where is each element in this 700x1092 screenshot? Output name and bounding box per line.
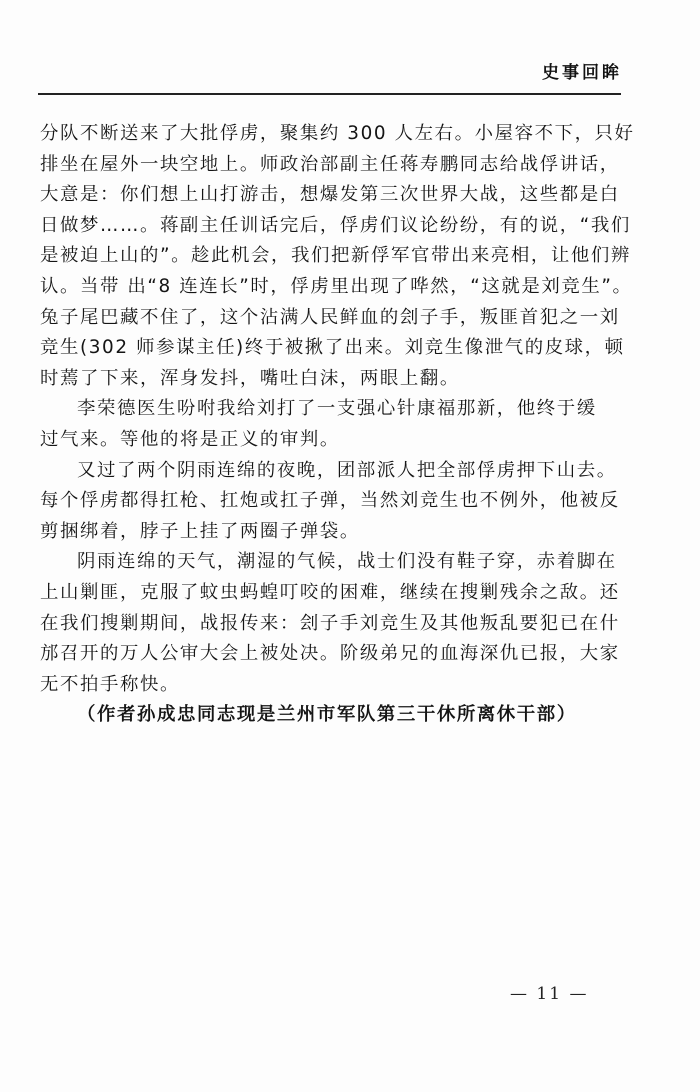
text-line: 阴雨连绵的天气，潮湿的气候，战士们没有鞋子穿，赤着脚在 xyxy=(40,547,622,578)
book-page: 史事回眸 分队不断送来了大批俘虏，聚集约 300 人左右。小屋容不下，只好 排坐… xyxy=(0,0,700,1092)
text-line: 分队不断送来了大批俘虏，聚集约 300 人左右。小屋容不下，只好 xyxy=(40,119,622,150)
text-line: 时蔫了下来，浑身发抖，嘴吐白沫，两眼上翻。 xyxy=(40,364,622,395)
paragraph: 分队不断送来了大批俘虏，聚集约 300 人左右。小屋容不下，只好 排坐在屋外一块… xyxy=(40,119,622,394)
text-line: 大意是：你们想上山打游击，想爆发第三次世界大战，这些都是白 xyxy=(40,180,622,211)
text-line: 认。当带 出“8 连连长”时，俘虏里出现了哗然，“这就是刘竞生”。 xyxy=(40,272,622,303)
author-note-paragraph: （作者孙成忠同志现是兰州市军队第三干休所离休干部） xyxy=(40,700,622,731)
text-line: 无不拍手称快。 xyxy=(40,670,622,701)
text-line: 又过了两个阴雨连绵的夜晚，团部派人把全部俘虏押下山去。 xyxy=(40,456,622,487)
article-body: 分队不断送来了大批俘虏，聚集约 300 人左右。小屋容不下，只好 排坐在屋外一块… xyxy=(40,119,622,731)
text-line: 是被迫上山的”。趁此机会，我们把新俘军官带出来亮相，让他们辨 xyxy=(40,241,622,272)
section-title: 史事回眸 xyxy=(542,58,622,83)
text-line: 邡召开的万人公审大会上被处决。阶级弟兄的血海深仇已报，大家 xyxy=(40,639,622,670)
text-line: 日做梦……。蒋副主任训话完后，俘虏们议论纷纷，有的说，“我们 xyxy=(40,211,622,242)
text-line: 兔子尾巴藏不住了，这个沾满人民鲜血的刽子手，叛匪首犯之一刘 xyxy=(40,303,622,334)
text-line: 在我们搜剿期间，战报传来：刽子手刘竞生及其他叛乱要犯已在什 xyxy=(40,609,622,640)
text-line: 每个俘虏都得扛枪、扛炮或扛子弹，当然刘竞生也不例外，他被反 xyxy=(40,486,622,517)
text-line: 剪捆绑着，脖子上挂了两圈子弹袋。 xyxy=(40,517,622,548)
paragraph: 李荣德医生吩咐我给刘打了一支强心针康福那新，他终于缓 过气来。等他的将是正义的审… xyxy=(40,394,622,455)
paragraph: 阴雨连绵的天气，潮湿的气候，战士们没有鞋子穿，赤着脚在 上山剿匪，克服了蚊虫蚂蝗… xyxy=(40,547,622,700)
author-note: （作者孙成忠同志现是兰州市军队第三干休所离休干部） xyxy=(40,700,622,731)
text-line: 李荣德医生吩咐我给刘打了一支强心针康福那新，他终于缓 xyxy=(40,394,622,425)
page-number: — 11 — xyxy=(510,984,588,1004)
text-line: 竞生(302 师参谋主任)终于被揪了出来。刘竞生像泄气的皮球，顿 xyxy=(40,333,622,364)
text-line: 上山剿匪，克服了蚊虫蚂蝗叮咬的困难，继续在搜剿残余之敌。还 xyxy=(40,578,622,609)
text-line: 过气来。等他的将是正义的审判。 xyxy=(40,425,622,456)
paragraph: 又过了两个阴雨连绵的夜晚，团部派人把全部俘虏押下山去。 每个俘虏都得扛枪、扛炮或… xyxy=(40,456,622,548)
text-line: 排坐在屋外一块空地上。师政治部副主任蒋寿鹏同志给战俘讲话， xyxy=(40,150,622,181)
header-divider xyxy=(38,93,621,95)
